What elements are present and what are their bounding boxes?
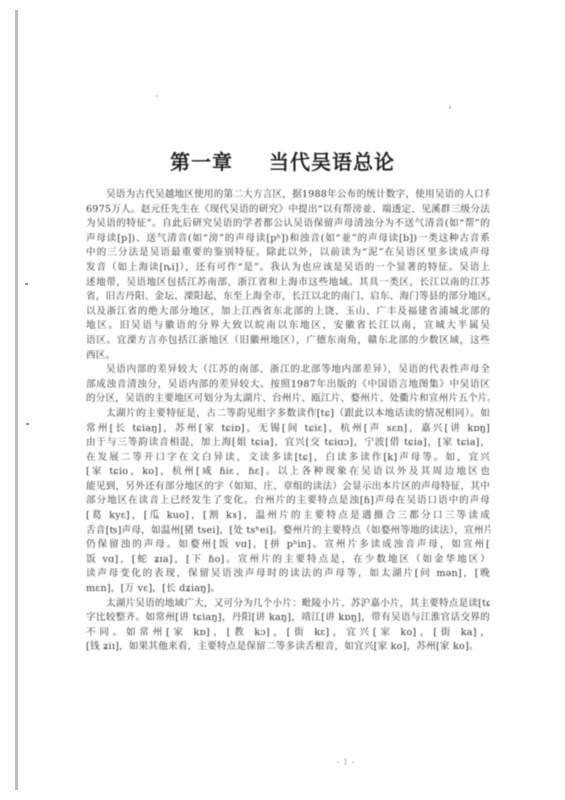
scan-speck — [156, 95, 158, 97]
text-line: 西区。 — [86, 349, 490, 364]
text-line: [葛 kyɛ]，[瓜 kuo]，[割 kɤ]，温州片的主要特点是遇摄合三都分口三… — [86, 509, 490, 524]
text-line: 吴语为古代吴越地区使用的第二大方言区，据1988年公布的统计数字，使用吴语的人口… — [86, 188, 490, 203]
page-number: ・1・ — [334, 757, 358, 768]
text-line: 6975万人。赵元任先生在《现代吴语的研究》中提出“以有帮滂並、端透定、见溪群三… — [86, 203, 490, 218]
text-line: 为吴语的特征”。自此后研究吴语的学者都公认吴语保留声母清浊分为不送气清音(如“帮… — [86, 217, 490, 232]
text-line: 饭 vɑ]，[蛇 ʑɪa]，[下 ɦo]。宣州片的主要特点是，在少数地区（如金华… — [86, 553, 490, 568]
text-line: 由于与三等韵读音相混，加上海[姐 tɕia]，宜兴[交 tɕiɑɔ]，宁波[借 … — [86, 436, 490, 451]
text-line: 的分区，吴语的主要地区可划分为太湖片、台州片、瓯江片、婺州片、处衢片和宣州片五个… — [86, 392, 490, 407]
text-line: 能见到，另外还有部分地区的字（如知、庄、章组的读法）会显示出本片区的声母特征，其… — [86, 480, 490, 495]
text-line: 仍保留浊的声母。如婺州[饭 vɑ]，[拼 pʰin]。宣州片多读成浊音声母，如宣… — [86, 538, 490, 553]
scan-binding-edge — [15, 10, 18, 790]
paragraph: 吴语内部的差异较大（江苏的南部、浙江的北部等地内部差异），吴语的代表性声母全部成… — [86, 363, 490, 407]
text-line: 部成浊音清浊分，吴语内部的差异较大。按照1987年出版的《中国语言地图集》中吴语… — [86, 378, 490, 393]
text-line: 述地带，吴语地区包括江苏南部、浙江省和上海市这些地域。其具一类区，长江以南的江苏 — [86, 276, 490, 291]
text-line: 在发展二等开口字在文白异读，文读多读[tɕ]，白读多读作[k]声母等。如，宜兴 — [86, 451, 490, 466]
text-line: [钱 ʑiɪ]，如果其他来看，主要特点是保留二等多读舌根音，如宜兴[家 ko]，… — [86, 640, 490, 655]
text-line: mɛn]，[万 vɛ]，[长 dʑiaŋ]。 — [86, 582, 490, 597]
text-line: 部分地区在读音上已经发生了变化。台州片的主要特点是浊[ɦ]声母在吴语口语中的声母 — [86, 494, 490, 509]
text-line: 太湖片吴语的地域广大，又可分为几个小片：毗陵小片、苏沪嘉小片，其主要特点是读[t… — [86, 597, 490, 612]
text-line: 吴语内部的差异较大（江苏的南部、浙江的北部等地内部差异），吴语的代表性声母全 — [86, 363, 490, 378]
chapter-name: 当代吴语总论 — [269, 150, 395, 174]
text-line: 语区。宜溧方言亦包括江浙地区（旧徽州地区），广德东南角，赣东北部的少数区域，这些 — [86, 334, 490, 349]
paragraph: 太湖片吴语的地域广大，又可分为几个小片：毗陵小片、苏沪嘉小片，其主要特点是读[t… — [86, 597, 490, 655]
scan-speck — [25, 283, 28, 285]
paragraph: 太湖片的主要特征是，古二等韵见组字多数读作[tɕ]（跟此以本地话读的情况相同）。… — [86, 407, 490, 597]
text-line: 以及浙江省的绝大部分地区，加上江西省东北部的上饶、玉山、广丰及福建省浦城北部的 — [86, 305, 490, 320]
text-line: 地区。旧吴语与徽语的分界大致以皖南以东地区，安徽省长江以南，宣城大半属吴 — [86, 319, 490, 334]
body-text: 吴语为古代吴越地区使用的第二大方言区，据1988年公布的统计数字，使用吴语的人口… — [86, 188, 490, 655]
paragraph: 吴语为古代吴越地区使用的第二大方言区，据1988年公布的统计数字，使用吴语的人口… — [86, 188, 490, 363]
text-line: 声母读[p])、送气清音(如“滂”的声母读[pʰ])和浊音(如“並”的声母读[b… — [86, 232, 490, 247]
text-line: 中的三分法是吴语最重要的鉴别特征。除此以外，以前读为“泥”在吴语区里多读成声母 — [86, 246, 490, 261]
text-line: 读声母变化的表现，保留吴语浊声母时的读法的声母等，如太湖片[问 mən]，[晚 — [86, 567, 490, 582]
text-line: 发音（如上海读[ȵi]），还有可作“是”。我认为也应该是吴语的一个显著的特征。吴… — [86, 261, 490, 276]
text-line: 字比较整齐。如常州[讲 tɕiaŋ]，丹阳[讲 kaŋ]，靖江[讲 kɒŋ]，带… — [86, 611, 490, 626]
text-line: 舌音[ʦ]声母，如温州[猪 tsei]，[处 tsʰei]。婺州片的主要特点（如… — [86, 524, 490, 539]
text-line: 太湖片的主要特征是，古二等韵见组字多数读作[tɕ]（跟此以本地话读的情况相同）。… — [86, 407, 490, 422]
text-line: 不同。如常州[家 kɒ]，[教 kɔ]，[街 kɛ]，宜兴[家 ko]，[街 k… — [86, 626, 490, 641]
chapter-title: 第一章 当代吴语总论 — [0, 146, 565, 175]
scan-speck — [26, 423, 29, 425]
text-line: 省，旧吉丹阳、金坛、溧阳起，东至上海全市，长江以北的南门、启东、海门等县的部分地… — [86, 290, 490, 305]
text-line: [家 tɕio，ko]，杭州[咸 ɦiɛ，ɦɛ]。以上各种现象在吴语以外及其周边… — [86, 465, 490, 480]
text-line: 常州[长 tɕiaŋ]，苏州[家 tɕiɒ]，无锡[间 tɕiɛ]，杭州[声 s… — [86, 422, 490, 437]
chapter-number: 第一章 — [170, 150, 233, 174]
scan-speck — [449, 106, 451, 109]
